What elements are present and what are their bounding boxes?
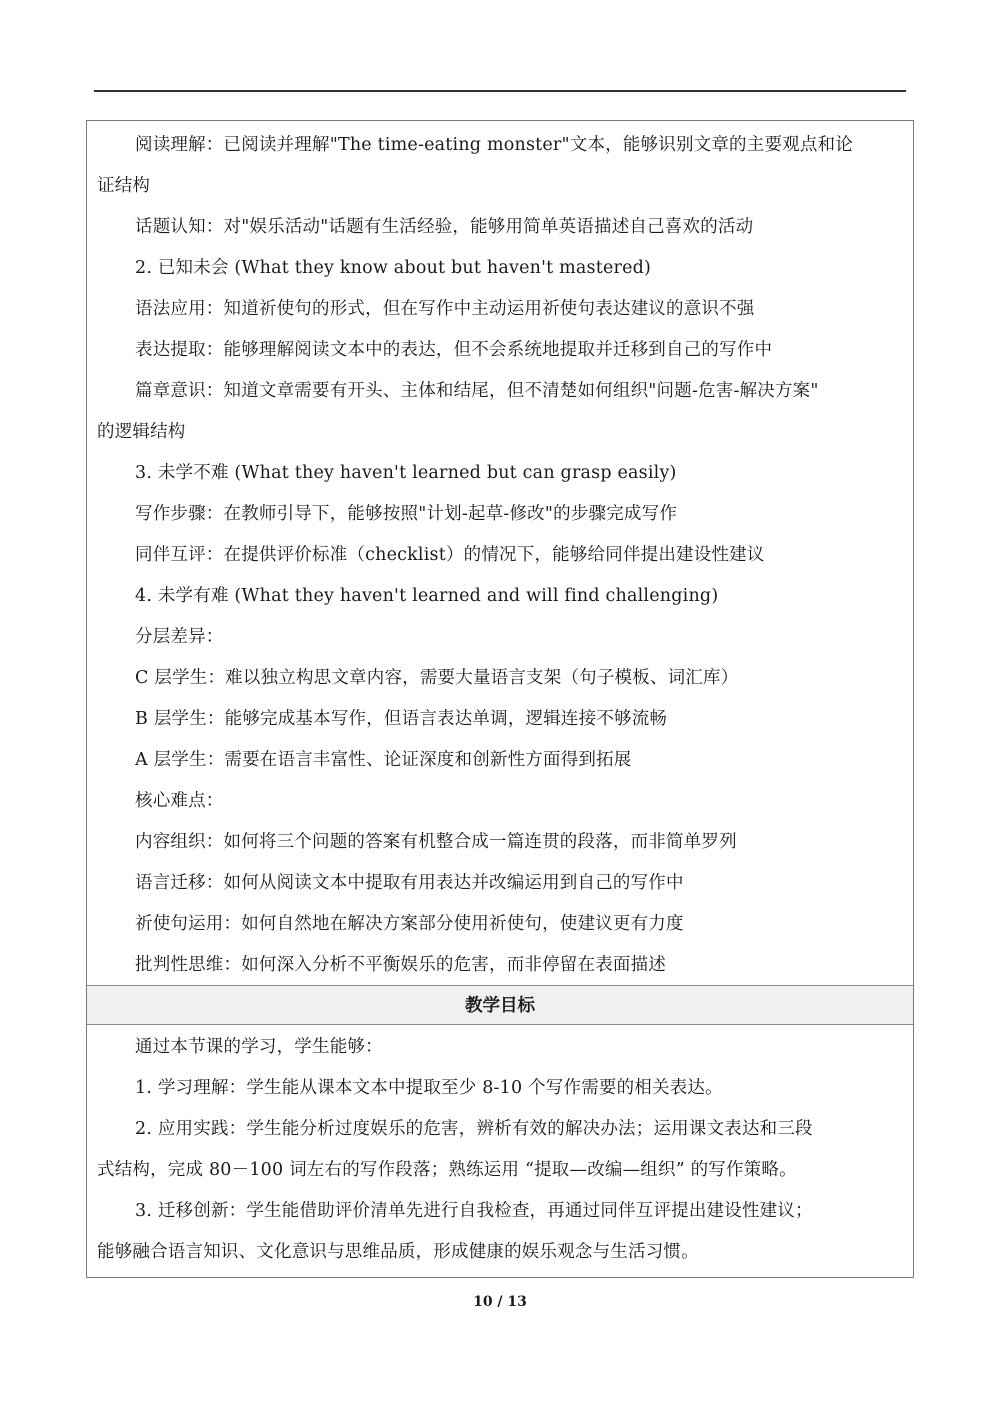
- page-number: 10 / 13: [0, 1294, 1000, 1310]
- analysis-line: 语言迁移：如何从阅读文本中提取有用表达并改编运用到自己的写作中: [97, 863, 903, 904]
- analysis-line: 篇章意识：知道文章需要有开头、主体和结尾，但不清楚如何组织"问题-危害-解决方案…: [97, 371, 903, 412]
- student-analysis-cell: 阅读理解：已阅读并理解"The time-eating monster"文本，能…: [87, 121, 913, 985]
- analysis-line: 批判性思维：如何深入分析不平衡娱乐的危害，而非停留在表面描述: [97, 945, 903, 986]
- objective-item-continued: 式结构，完成 80－100 词左右的写作段落；熟练运用 “提取—改编—组织” 的…: [97, 1150, 903, 1191]
- analysis-line: 内容组织：如何将三个问题的答案有机整合成一篇连贯的段落，而非简单罗列: [97, 822, 903, 863]
- objective-item: 2. 应用实践：学生能分析过度娱乐的危害，辨析有效的解决办法；运用课文表达和三段: [97, 1109, 903, 1150]
- analysis-subheading: 分层差异：: [97, 617, 903, 658]
- analysis-line: 祈使句运用：如何自然地在解决方案部分使用祈使句，使建议更有力度: [97, 904, 903, 945]
- objectives-intro: 通过本节课的学习，学生能够：: [97, 1027, 903, 1068]
- analysis-line: 话题认知：对"娱乐活动"话题有生活经验，能够用简单英语描述自己喜欢的活动: [97, 207, 903, 248]
- objective-item: 1. 学习理解：学生能从课本文本中提取至少 8-10 个写作需要的相关表达。: [97, 1068, 903, 1109]
- analysis-line: 阅读理解：已阅读并理解"The time-eating monster"文本，能…: [97, 125, 903, 166]
- analysis-line: A 层学生：需要在语言丰富性、论证深度和创新性方面得到拓展: [97, 740, 903, 781]
- objectives-section-header: 教学目标: [87, 985, 913, 1025]
- analysis-heading: 2. 已知未会 (What they know about but haven'…: [97, 248, 903, 289]
- objective-item: 3. 迁移创新：学生能借助评价清单先进行自我检查，再通过同伴互评提出建设性建议；: [97, 1191, 903, 1232]
- analysis-line: 语法应用：知道祈使句的形式，但在写作中主动运用祈使句表达建议的意识不强: [97, 289, 903, 330]
- analysis-line: B 层学生：能够完成基本写作，但语言表达单调，逻辑连接不够流畅: [97, 699, 903, 740]
- analysis-line: 证结构: [97, 166, 903, 207]
- page-header-rule: [94, 90, 906, 92]
- analysis-line: C 层学生：难以独立构思文章内容，需要大量语言支架（句子模板、词汇库）: [97, 658, 903, 699]
- analysis-heading: 4. 未学有难 (What they haven't learned and w…: [97, 576, 903, 617]
- analysis-subheading: 核心难点：: [97, 781, 903, 822]
- objective-item-continued: 能够融合语言知识、文化意识与思维品质，形成健康的娱乐观念与生活习惯。: [97, 1232, 903, 1273]
- objectives-cell: 通过本节课的学习，学生能够： 1. 学习理解：学生能从课本文本中提取至少 8-1…: [87, 1025, 913, 1277]
- analysis-heading: 3. 未学不难 (What they haven't learned but c…: [97, 453, 903, 494]
- analysis-line: 同伴互评：在提供评价标准（checklist）的情况下，能够给同伴提出建设性建议: [97, 535, 903, 576]
- analysis-line: 表达提取：能够理解阅读文本中的表达，但不会系统地提取并迁移到自己的写作中: [97, 330, 903, 371]
- analysis-line: 写作步骤：在教师引导下，能够按照"计划-起草-修改"的步骤完成写作: [97, 494, 903, 535]
- lesson-plan-table: 阅读理解：已阅读并理解"The time-eating monster"文本，能…: [86, 120, 914, 1278]
- analysis-line: 的逻辑结构: [97, 412, 903, 453]
